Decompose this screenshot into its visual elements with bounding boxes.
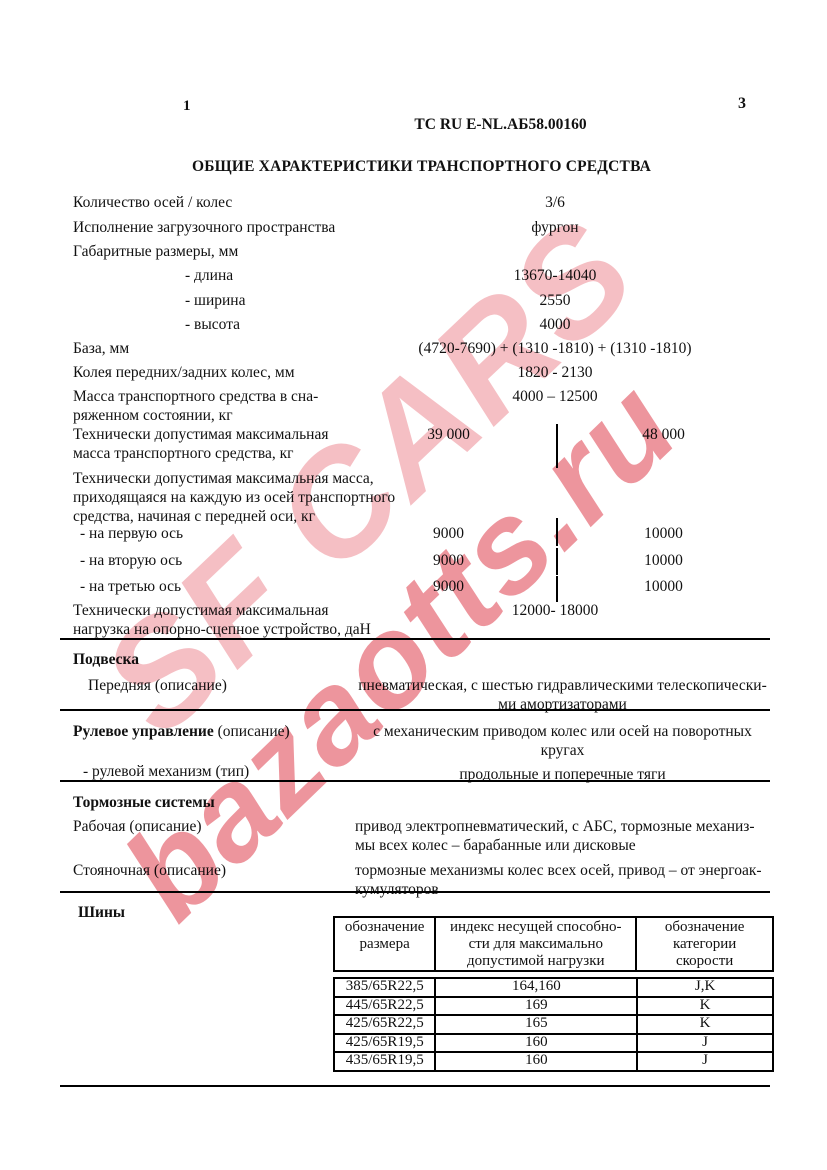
spec-label: Габаритные размеры, мм — [73, 242, 593, 261]
spec-value-right: 48 000 — [557, 425, 770, 444]
page-title: ОБЩИЕ ХАРАКТЕРИСТИКИ ТРАНСПОРТНОГО СРЕДС… — [73, 157, 770, 176]
spec-value: 4000 – 12500 — [340, 387, 770, 406]
spec-value: 2550 — [340, 291, 770, 310]
section-rule — [60, 709, 770, 711]
spec-value-left: 9000 — [340, 577, 557, 596]
steering-label-bold: Рулевое управление — [73, 723, 214, 740]
spec-row-max-mass: Технически допустимая максимальная масса… — [73, 425, 770, 444]
steering-row: Рулевое управление (описание) с механиче… — [73, 722, 770, 741]
tire-size: 425/65R22,5 — [334, 1015, 435, 1034]
bottom-rule — [60, 1085, 770, 1087]
tire-header-speed-category: обозначение категории скорости — [636, 917, 773, 971]
tire-load-index: 160 — [435, 1034, 637, 1053]
document-page: 1 3 ТС RU Е-NL.АБ58.00160 ОБЩИЕ ХАРАКТЕР… — [0, 0, 827, 1170]
spec-row-axle-2: - на вторую ось 9000 10000 — [73, 551, 770, 570]
tire-header-load-index: индекс несущей способно- сти для максима… — [435, 917, 636, 971]
steering-label: Рулевое управление (описание) — [73, 722, 373, 741]
section-rule — [60, 638, 770, 640]
spec-value-right: 10000 — [557, 551, 770, 570]
table-row: 435/65R19,5 160 J — [334, 1052, 773, 1071]
brakes-service-row: Рабочая (описание) привод электропневмат… — [73, 817, 770, 836]
spec-row-fifth-wheel-load: Технически допустимая максимальная нагру… — [73, 601, 770, 620]
spec-value: фургон — [340, 218, 770, 237]
spec-value: 12000- 18000 — [340, 601, 770, 620]
steering-value: с механическим приводом колес или осей н… — [355, 722, 770, 760]
spec-value-left: 9000 — [340, 551, 557, 570]
spec-row-length: - длина 13670-14040 — [73, 266, 770, 285]
spec-value-left: 39 000 — [340, 425, 557, 444]
approval-number: ТС RU Е-NL.АБ58.00160 — [73, 115, 770, 134]
table-row: 385/65R22,5 164,160 J,K — [334, 978, 773, 997]
spec-row-axle-1: - на первую ось 9000 10000 — [73, 524, 770, 543]
tire-load-index: 165 — [435, 1015, 637, 1034]
tire-speed-category: J — [637, 1052, 773, 1071]
tire-size: 445/65R22,5 — [334, 997, 435, 1016]
value-column-divider — [556, 548, 558, 575]
spec-row-height: - высота 4000 — [73, 315, 770, 334]
tire-table-body: 385/65R22,5 164,160 J,K 445/65R22,5 169 … — [333, 977, 774, 1072]
tire-header-size: обозначение размера — [334, 917, 435, 971]
tire-size: 435/65R19,5 — [334, 1052, 435, 1071]
steering-mechanism-label: - рулевой механизм (тип) — [83, 762, 383, 781]
suspension-front-label: Передняя (описание) — [88, 676, 388, 695]
tire-speed-category: K — [637, 997, 773, 1016]
spec-row-width: - ширина 2550 — [73, 291, 770, 310]
spec-value-right: 10000 — [557, 524, 770, 543]
spec-row-axles-wheels: Количество осей / колес 3/6 — [73, 193, 770, 212]
brakes-service-value: привод электропневматический, с АБС, тор… — [355, 817, 770, 855]
spec-row-curb-mass: Масса транспортного средства в сна- ряже… — [73, 387, 770, 406]
steering-mechanism-row: - рулевой механизм (тип) продольные и по… — [73, 762, 770, 781]
value-column-divider — [556, 424, 558, 468]
tire-table: обозначение размера индекс несущей спосо… — [333, 916, 774, 1072]
spec-value: 13670-14040 — [340, 266, 770, 285]
suspension-front-row: Передняя (описание) пневматическая, с ше… — [73, 676, 770, 695]
tires-heading: Шины — [78, 903, 125, 922]
spec-row-dimensions: Габаритные размеры, мм — [73, 242, 770, 261]
spec-value: 1820 - 2130 — [340, 363, 770, 382]
page-number-left: 1 — [183, 97, 191, 116]
section-rule — [60, 780, 770, 782]
table-row: 425/65R22,5 165 K — [334, 1015, 773, 1034]
table-row: 425/65R19,5 160 J — [334, 1034, 773, 1053]
tire-size: 425/65R19,5 — [334, 1034, 435, 1053]
section-rule — [60, 891, 770, 893]
brakes-parking-label: Стояночная (описание) — [73, 861, 373, 880]
brakes-parking-value: тормозные механизмы колес всех осей, при… — [355, 861, 770, 899]
spec-label: Технически допустимая максимальная масса… — [73, 469, 593, 526]
tire-speed-category: K — [637, 1015, 773, 1034]
steering-label-normal: (описание) — [214, 723, 290, 740]
value-column-divider — [556, 518, 558, 546]
brakes-service-label: Рабочая (описание) — [73, 817, 373, 836]
table-row: 445/65R22,5 169 K — [334, 997, 773, 1016]
spec-row-cargo-space: Исполнение загрузочного пространства фур… — [73, 218, 770, 237]
brakes-heading: Тормозные системы — [73, 793, 215, 812]
tire-table-header: обозначение размера индекс несущей спосо… — [333, 916, 774, 972]
tire-size: 385/65R22,5 — [334, 978, 435, 997]
value-column-divider — [556, 576, 558, 602]
spec-value-right: 10000 — [557, 577, 770, 596]
tire-load-index: 160 — [435, 1052, 637, 1071]
spec-row-axle-mass-intro: Технически допустимая максимальная масса… — [73, 469, 770, 488]
page-number-right: 3 — [738, 94, 746, 113]
tire-speed-category: J — [637, 1034, 773, 1053]
tire-speed-category: J,K — [637, 978, 773, 997]
spec-row-wheelbase: База, мм (4720-7690) + (1310 -1810) + (1… — [73, 339, 770, 358]
spec-row-track: Колея передних/задних колес, мм 1820 - 2… — [73, 363, 770, 382]
spec-value-left: 9000 — [340, 524, 557, 543]
spec-value: 3/6 — [340, 193, 770, 212]
tire-load-index: 164,160 — [435, 978, 637, 997]
spec-value: 4000 — [340, 315, 770, 334]
suspension-heading: Подвеска — [73, 650, 139, 669]
spec-row-axle-3: - на третью ось 9000 10000 — [73, 577, 770, 596]
spec-value: (4720-7690) + (1310 -1810) + (1310 -1810… — [340, 339, 770, 358]
brakes-parking-row: Стояночная (описание) тормозные механизм… — [73, 861, 770, 880]
tire-load-index: 169 — [435, 997, 637, 1016]
